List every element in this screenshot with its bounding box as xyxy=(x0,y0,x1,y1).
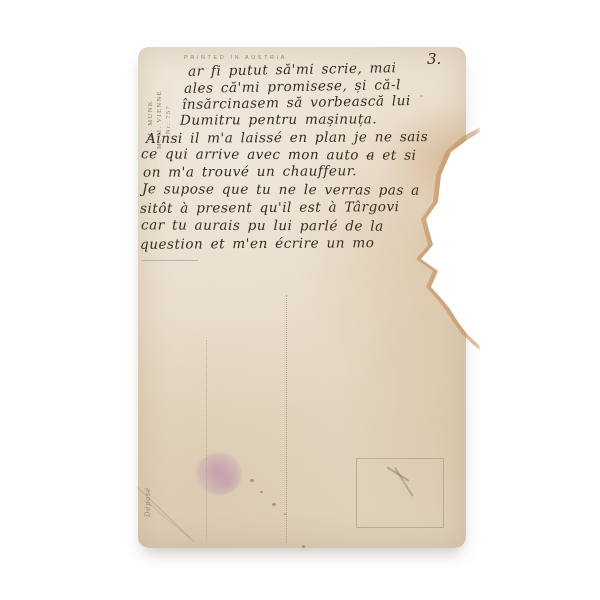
handwriting-line: question et m'en écrire un mo xyxy=(140,235,375,253)
photo-background: PRINTED IN AUSTRIA 3. M. MUNK M. M. VIEN… xyxy=(0,0,600,600)
printed-in-austria-note: PRINTED IN AUSTRIA xyxy=(184,55,287,61)
divider-line-center xyxy=(286,295,287,543)
page-number: 3. xyxy=(427,50,441,68)
handwriting-line: Je supose que tu ne le verras pas a xyxy=(142,181,420,198)
stain-speck xyxy=(302,545,305,548)
divider-line-left xyxy=(206,340,207,540)
stamp-box xyxy=(356,458,444,528)
crease-line xyxy=(143,499,190,538)
handwriting-line: Ainsi il m'a laissé en plan je ne sais xyxy=(146,129,428,147)
handwriting-line: ce qui arrive avec mon auto a̶ et si xyxy=(141,146,417,163)
pencil-scribble xyxy=(394,467,413,497)
stain-speck xyxy=(272,503,276,506)
handwriting-line: sitôt à present qu'il est à Târgovi xyxy=(140,199,400,217)
postcard: PRINTED IN AUSTRIA 3. M. MUNK M. M. VIEN… xyxy=(138,47,466,548)
stain-speck xyxy=(250,479,254,482)
handwriting-line: Dumitru pentru mașinuța. xyxy=(180,111,377,128)
stain-speck xyxy=(420,95,423,97)
handwriting-line: car tu aurais pu lui parlé de la xyxy=(141,217,384,234)
handwriting-line: însărcinasem să vorbească lui xyxy=(182,93,411,113)
stain-speck xyxy=(260,491,263,493)
stain-speck xyxy=(284,513,286,515)
pencil-underline xyxy=(142,260,198,261)
handwriting-line: on m'a trouvé un chauffeur. xyxy=(143,163,357,180)
ink-postmark xyxy=(196,453,242,495)
